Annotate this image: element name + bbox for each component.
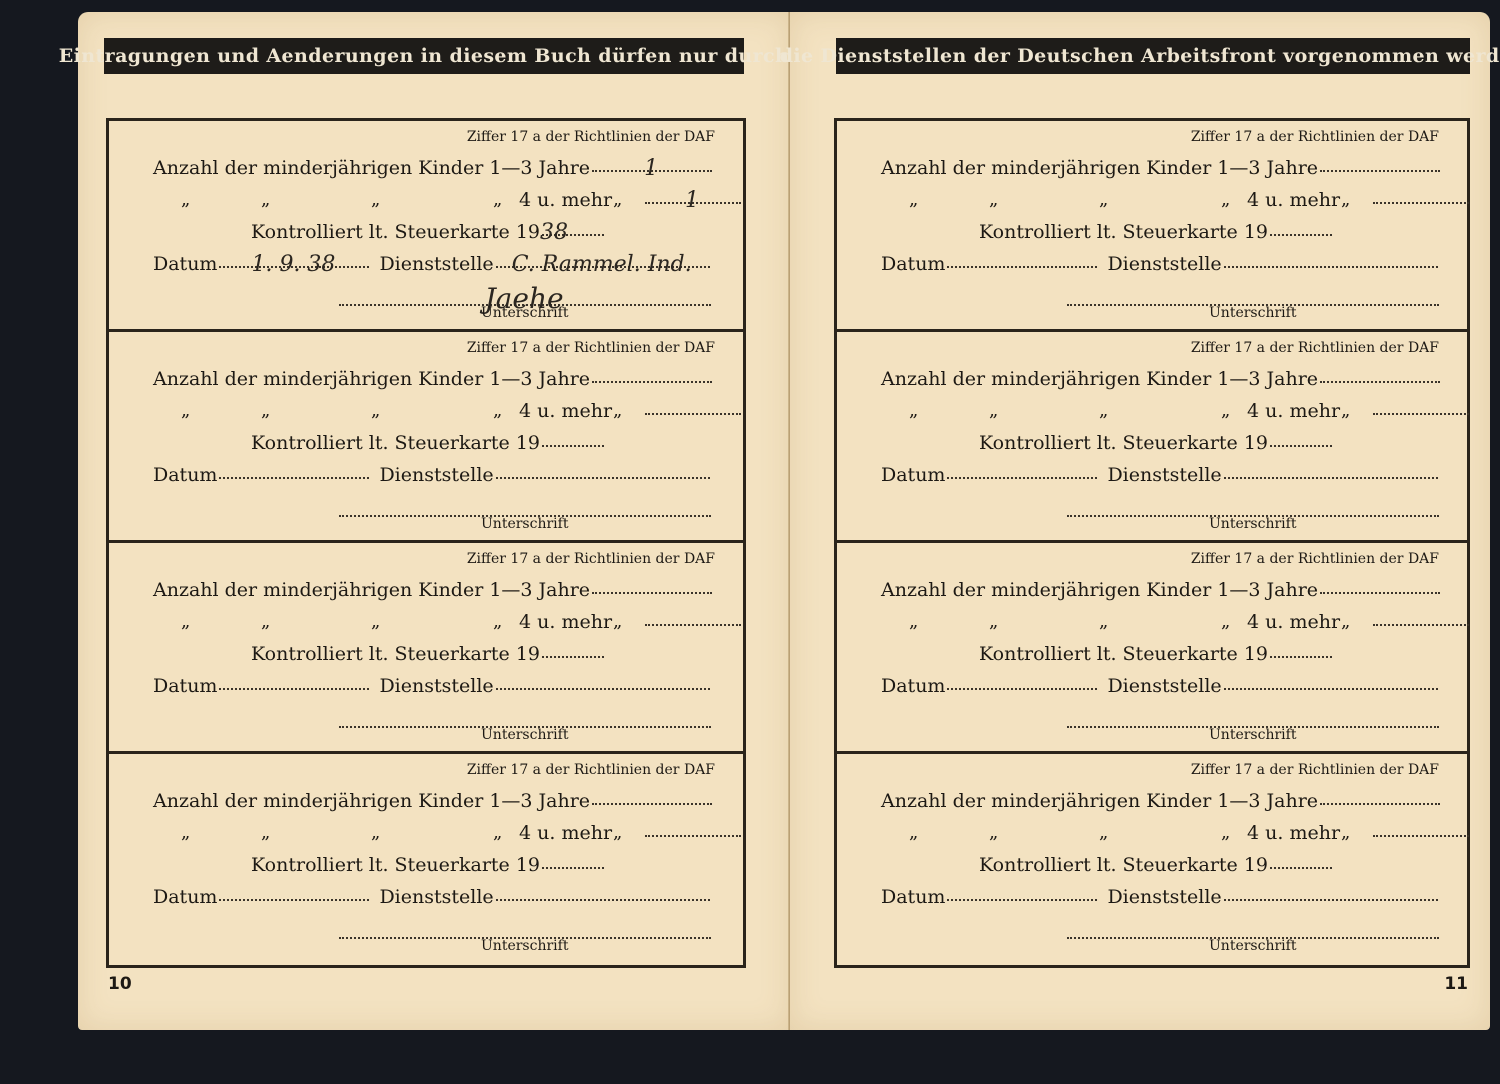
kinder-1-3-row: Anzahl der minderjährigen Kinder 1—3 Jah… [153,790,712,812]
regulation-reference: Ziffer 17 a der Richtlinien der DAF [467,129,715,145]
ditto-mark: „ [909,400,918,421]
steuer-jahr-field[interactable] [540,854,604,876]
kinder-1-3-row: Anzahl der minderjährigen Kinder 1—3 Jah… [153,579,712,601]
dienststelle-label: Dienststelle [379,886,493,908]
ditto-mark: „ [493,189,502,210]
kinder-1-3-row: Anzahl der minderjährigen Kinder 1—3 Jah… [153,368,712,390]
datum-label: Datum [881,464,945,486]
datum-label: Datum [153,253,217,275]
unterschrift-label: Unterschrift [1209,305,1296,321]
kinder-4-mehr-field[interactable] [643,400,741,422]
kinder-label: Anzahl der minderjährigen Kinder 1—3 Jah… [153,579,590,601]
dienststelle-field[interactable] [494,675,710,697]
datum-label: Datum [153,886,217,908]
steuerkarte-row: Kontrolliert lt. Steuerkarte 19 [979,432,1332,454]
ditto-mark: „ [1341,822,1350,843]
unterschrift-label: Unterschrift [1209,938,1296,954]
steuerkarte-row: Kontrolliert lt. Steuerkarte 19 [251,854,604,876]
ditto-mark: „ [1341,400,1350,421]
steuer-label: Kontrolliert lt. Steuerkarte 19 [979,854,1268,876]
kinder-1-3-row: Anzahl der minderjährigen Kinder 1—3 Jah… [881,368,1440,390]
kinder-4-mehr-field[interactable] [1371,611,1469,633]
dienststelle-label: Dienststelle [1107,253,1221,275]
ditto-mark: „ [261,822,270,843]
ditto-mark: „ [1099,611,1108,632]
kinder-label: Anzahl der minderjährigen Kinder 1—3 Jah… [881,579,1318,601]
mehr-label: 4 u. mehr [519,400,612,422]
ditto-mark: „ [261,400,270,421]
datum-field[interactable] [217,464,369,486]
kinder-1-3-row: Anzahl der minderjährigen Kinder 1—3 Jah… [153,157,712,179]
datum-row: Datum Dienststelle [881,253,1438,275]
child-count-form: Ziffer 17 a der Richtlinien der DAF Anza… [109,121,743,332]
kinder-label: Anzahl der minderjährigen Kinder 1—3 Jah… [881,368,1318,390]
datum-label: Datum [153,675,217,697]
mehr-label: 4 u. mehr [519,611,612,633]
regulation-reference: Ziffer 17 a der Richtlinien der DAF [1191,129,1439,145]
right-page: die Dienststellen der Deutschen Arbeitsf… [790,12,1490,1030]
datum-label: Datum [881,886,945,908]
steuerkarte-row: Kontrolliert lt. Steuerkarte 19 [979,221,1332,243]
ditto-mark: „ [261,611,270,632]
kinder-1-3-field[interactable]: 1 [590,157,712,179]
mehr-label: 4 u. mehr [1247,611,1340,633]
ditto-mark: „ [1221,189,1230,210]
dienststelle-label: Dienststelle [379,675,493,697]
ditto-mark: „ [989,189,998,210]
regulation-reference: Ziffer 17 a der Richtlinien der DAF [467,340,715,356]
steuerkarte-row: Kontrolliert lt. Steuerkarte 19 [251,643,604,665]
steuer-jahr-field[interactable] [1268,643,1332,665]
kinder-label: Anzahl der minderjährigen Kinder 1—3 Jah… [881,157,1318,179]
datum-row: Datum Dienststelle [881,886,1438,908]
unterschrift-label: Unterschrift [1209,727,1296,743]
steuerkarte-row: Kontrolliert lt. Steuerkarte 19 [979,854,1332,876]
ditto-mark: „ [181,189,190,210]
kinder-1-3-field[interactable] [1318,368,1440,390]
kinder-4-mehr-field[interactable] [1371,400,1469,422]
datum-row: Datum Dienststelle [881,675,1438,697]
mehr-label: 4 u. mehr [1247,189,1340,211]
ditto-mark: „ [371,611,380,632]
ditto-mark: „ [613,400,622,421]
kinder-1-3-row: Anzahl der minderjährigen Kinder 1—3 Jah… [881,157,1440,179]
ditto-mark: „ [181,400,190,421]
kinder-4-mehr-field[interactable] [643,822,741,844]
datum-label: Datum [881,675,945,697]
kinder-1-3-row: Anzahl der minderjährigen Kinder 1—3 Jah… [881,579,1440,601]
steuer-jahr-field[interactable] [1268,432,1332,454]
child-count-form: Ziffer 17 a der Richtlinien der DAF Anza… [837,754,1467,965]
dienststelle-field[interactable] [1222,253,1438,275]
regulation-reference: Ziffer 17 a der Richtlinien der DAF [467,762,715,778]
dienststelle-label: Dienststelle [379,253,493,275]
child-count-form: Ziffer 17 a der Richtlinien der DAF Anza… [109,754,743,965]
kinder-label: Anzahl der minderjährigen Kinder 1—3 Jah… [881,790,1318,812]
kinder-1-3-row: Anzahl der minderjährigen Kinder 1—3 Jah… [881,790,1440,812]
child-count-form: Ziffer 17 a der Richtlinien der DAF Anza… [109,332,743,543]
mehr-label: 4 u. mehr [519,189,612,211]
kinder-1-3-field[interactable] [590,368,712,390]
dienststelle-field[interactable]: C. Rammel. Ind. [494,253,710,275]
form-block-group: Ziffer 17 a der Richtlinien der DAF Anza… [834,118,1470,968]
regulation-reference: Ziffer 17 a der Richtlinien der DAF [467,551,715,567]
mehr-label: 4 u. mehr [1247,400,1340,422]
ditto-mark: „ [909,189,918,210]
ditto-mark: „ [1099,189,1108,210]
ditto-mark: „ [181,611,190,632]
steuer-jahr-field[interactable]: 38 [540,221,604,243]
ditto-mark: „ [371,822,380,843]
dienststelle-field[interactable] [1222,464,1438,486]
ditto-mark: „ [989,822,998,843]
header-banner: Eintragungen und Aenderungen in diesem B… [104,38,744,74]
datum-field[interactable]: 1. 9. 38 [217,253,369,275]
ditto-mark: „ [1099,400,1108,421]
dienststelle-label: Dienststelle [1107,464,1221,486]
ditto-mark: „ [493,400,502,421]
dienststelle-field[interactable] [1222,675,1438,697]
ditto-mark: „ [1221,822,1230,843]
ditto-mark: „ [261,189,270,210]
steuer-jahr-field[interactable] [540,643,604,665]
ditto-mark: „ [613,189,622,210]
dienststelle-label: Dienststelle [1107,886,1221,908]
kinder-4-mehr-field[interactable] [643,611,741,633]
unterschrift-label: Unterschrift [481,938,568,954]
steuerkarte-row: Kontrolliert lt. Steuerkarte 19 [251,432,604,454]
kinder-label: Anzahl der minderjährigen Kinder 1—3 Jah… [153,368,590,390]
datum-row: Datum Dienststelle [153,675,710,697]
steuer-label: Kontrolliert lt. Steuerkarte 19 [251,854,540,876]
form-block-group: Ziffer 17 a der Richtlinien der DAF Anza… [106,118,746,968]
datum-label: Datum [153,464,217,486]
datum-field[interactable] [217,886,369,908]
steuer-jahr-field[interactable] [1268,854,1332,876]
datum-field[interactable] [945,253,1097,275]
datum-row: Datum 1. 9. 38 Dienststelle C. Rammel. I… [153,253,710,275]
child-count-form: Ziffer 17 a der Richtlinien der DAF Anza… [109,543,743,754]
steuer-label: Kontrolliert lt. Steuerkarte 19 [979,221,1268,243]
ditto-mark: „ [613,611,622,632]
steuer-label: Kontrolliert lt. Steuerkarte 19 [251,221,540,243]
ditto-mark: „ [1221,611,1230,632]
datum-row: Datum Dienststelle [153,464,710,486]
ditto-mark: „ [371,400,380,421]
unterschrift-label: Unterschrift [1209,516,1296,532]
page-number: 10 [108,974,132,994]
datum-field[interactable] [945,675,1097,697]
ditto-mark: „ [909,822,918,843]
ditto-mark: „ [1099,822,1108,843]
steuer-jahr-field[interactable] [1268,221,1332,243]
regulation-reference: Ziffer 17 a der Richtlinien der DAF [1191,551,1439,567]
ditto-mark: „ [989,611,998,632]
header-banner: die Dienststellen der Deutschen Arbeitsf… [836,38,1470,74]
child-count-form: Ziffer 17 a der Richtlinien der DAF Anza… [837,543,1467,754]
dienststelle-field[interactable] [494,464,710,486]
datum-field[interactable] [217,675,369,697]
open-booklet: Eintragungen und Aenderungen in diesem B… [78,12,1490,1032]
datum-field[interactable] [945,886,1097,908]
unterschrift-label: Unterschrift [481,516,568,532]
steuer-label: Kontrolliert lt. Steuerkarte 19 [979,643,1268,665]
steuer-label: Kontrolliert lt. Steuerkarte 19 [251,432,540,454]
regulation-reference: Ziffer 17 a der Richtlinien der DAF [1191,762,1439,778]
ditto-mark: „ [493,611,502,632]
steuer-jahr-field[interactable] [540,432,604,454]
kinder-4-mehr-field[interactable] [1371,189,1469,211]
mehr-label: 4 u. mehr [1247,822,1340,844]
ditto-mark: „ [493,822,502,843]
kinder-label: Anzahl der minderjährigen Kinder 1—3 Jah… [153,157,590,179]
mehr-label: 4 u. mehr [519,822,612,844]
datum-row: Datum Dienststelle [153,886,710,908]
page-number: 11 [1444,974,1468,994]
child-count-form: Ziffer 17 a der Richtlinien der DAF Anza… [837,121,1467,332]
kinder-4-mehr-field[interactable] [1371,822,1469,844]
ditto-mark: „ [181,822,190,843]
dienststelle-label: Dienststelle [1107,675,1221,697]
datum-row: Datum Dienststelle [881,464,1438,486]
ditto-mark: „ [909,611,918,632]
kinder-1-3-field[interactable] [1318,579,1440,601]
dienststelle-field[interactable] [1222,886,1438,908]
unterschrift-label: Unterschrift [481,305,568,321]
ditto-mark: „ [613,822,622,843]
ditto-mark: „ [1341,189,1350,210]
ditto-mark: „ [989,400,998,421]
kinder-1-3-field[interactable] [590,790,712,812]
ditto-mark: „ [1221,400,1230,421]
kinder-label: Anzahl der minderjährigen Kinder 1—3 Jah… [153,790,590,812]
dienststelle-label: Dienststelle [379,464,493,486]
kinder-1-3-field[interactable] [590,579,712,601]
steuerkarte-row: Kontrolliert lt. Steuerkarte 19 38 [251,221,604,243]
steuer-label: Kontrolliert lt. Steuerkarte 19 [979,432,1268,454]
left-page: Eintragungen und Aenderungen in diesem B… [78,12,790,1030]
steuerkarte-row: Kontrolliert lt. Steuerkarte 19 [979,643,1332,665]
ditto-mark: „ [371,189,380,210]
ditto-mark: „ [1341,611,1350,632]
child-count-form: Ziffer 17 a der Richtlinien der DAF Anza… [837,332,1467,543]
kinder-1-3-field[interactable] [1318,157,1440,179]
kinder-1-3-field[interactable] [1318,790,1440,812]
datum-label: Datum [881,253,945,275]
regulation-reference: Ziffer 17 a der Richtlinien der DAF [1191,340,1439,356]
steuer-label: Kontrolliert lt. Steuerkarte 19 [251,643,540,665]
unterschrift-label: Unterschrift [481,727,568,743]
datum-field[interactable] [945,464,1097,486]
dienststelle-field[interactable] [494,886,710,908]
kinder-4-mehr-field[interactable]: 1 [643,189,741,211]
